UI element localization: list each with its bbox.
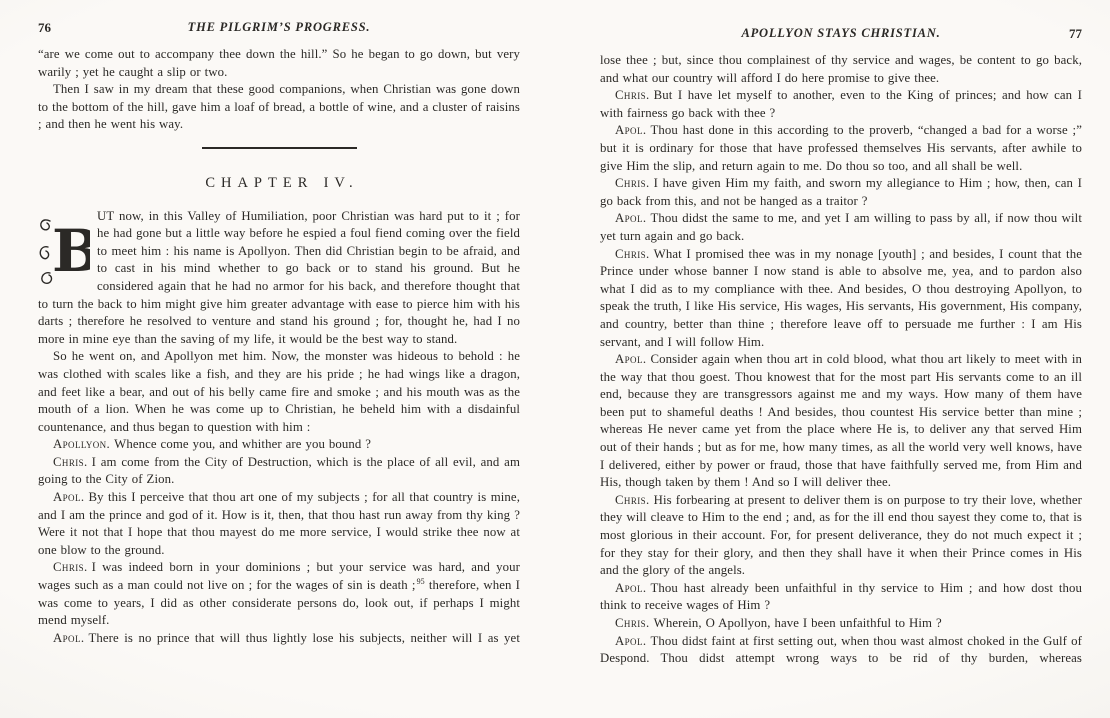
left-page-header: 76 THE PILGRIM’S PROGRESS. [38, 20, 520, 37]
dialog-paragraph: Apol.Thou didst faint at first setting o… [600, 633, 1082, 668]
speaker-label: Chris. [615, 616, 650, 630]
dialog-text: By this I perceive that thou art one of … [38, 490, 520, 557]
speaker-label: Apol. [615, 352, 646, 366]
dialog-paragraph: Chris.I have given Him my faith, and swo… [600, 175, 1082, 210]
speaker-label: Chris. [615, 247, 650, 261]
speaker-label: Chris. [615, 88, 650, 102]
dialog-paragraph: Apol.Thou didst the same to me, and yet … [600, 210, 1082, 245]
dialog-paragraph: Chris.Wherein, O Apollyon, have I been u… [600, 615, 1082, 633]
speaker-label: Chris. [53, 455, 88, 469]
speaker-label: Apol. [53, 490, 84, 504]
chapter-heading: CHAPTER IV. [38, 175, 520, 193]
opening-text: UT now, in this Valley of Humiliation, p… [38, 209, 520, 346]
dialog-text: Consider again when thou art in cold blo… [600, 352, 1082, 489]
running-head: THE PILGRIM’S PROGRESS. [38, 20, 520, 35]
dialog-paragraph: Chris.But I have let myself to another, … [600, 87, 1082, 122]
left-page: 76 THE PILGRIM’S PROGRESS. “are we come … [0, 0, 555, 718]
speaker-label: Apol. [615, 634, 646, 648]
speaker-label: Apol. [615, 581, 646, 595]
speaker-label: Apol. [615, 123, 646, 137]
speaker-label: Chris. [615, 176, 650, 190]
dialog-text: Whence come you, and whither are you bou… [114, 437, 371, 451]
dialog-paragraph: Chris.I am come from the City of Destruc… [38, 454, 520, 489]
page-number: 76 [38, 20, 51, 36]
dialog-text: His forbearing at present to deliver the… [600, 493, 1082, 577]
dialog-text: There is no prince that will thus lightl… [88, 631, 520, 645]
right-page: APOLLYON STAYS CHRISTIAN. 77 lose thee ;… [555, 0, 1110, 718]
dialog-text: What I promised thee was in my nonage [y… [600, 247, 1082, 349]
speaker-label: Chris. [615, 493, 650, 507]
left-page-body: “are we come out to accompany thee down … [38, 46, 520, 647]
dialog-text: I am come from the City of Destruction, … [38, 455, 520, 487]
drop-cap-letter: B [52, 217, 90, 285]
dialog-paragraph: Apol.By this I perceive that thou art on… [38, 489, 520, 559]
dialog-paragraph: Chris.His forbearing at present to deliv… [600, 492, 1082, 580]
drop-cap-initial: B [38, 211, 90, 287]
continuation-paragraph: “are we come out to accompany thee down … [38, 46, 520, 81]
speaker-label: Apol. [615, 211, 646, 225]
dialog-text: Thou hast done in this according to the … [600, 123, 1082, 172]
footnote-marker: 95 [417, 577, 425, 586]
book-spread: 76 THE PILGRIM’S PROGRESS. “are we come … [0, 0, 1110, 718]
speaker-label: Chris. [53, 560, 88, 574]
right-page-header: APOLLYON STAYS CHRISTIAN. 77 [600, 26, 1082, 43]
dialog-paragraph: Apol.Thou hast done in this according to… [600, 122, 1082, 175]
dialog-paragraph: Chris.I was indeed born in your dominion… [38, 559, 520, 629]
speaker-label: Apollyon. [53, 437, 110, 451]
speaker-label: Apol. [53, 631, 84, 645]
dialog-text: But I have let myself to another, even t… [600, 88, 1082, 120]
dialog-paragraph: Apol.Consider again when thou art in col… [600, 351, 1082, 492]
opening-paragraph: B UT now, in this Valley of Humiliation,… [38, 208, 520, 349]
dialog-text: Thou didst the same to me, and yet I am … [600, 211, 1082, 243]
running-head: APOLLYON STAYS CHRISTIAN. [600, 26, 1082, 41]
dialog-text: Thou didst faint at first setting out, w… [600, 634, 1082, 666]
page-number: 77 [1069, 26, 1082, 42]
dream-paragraph: Then I saw in my dream that these good c… [38, 81, 520, 134]
dialog-paragraph: Apollyon.Whence come you, and whither ar… [38, 436, 520, 454]
section-divider [202, 147, 357, 149]
dialog-text: I have given Him my faith, and sworn my … [600, 176, 1082, 208]
right-page-body: lose thee ; but, since thou complainest … [600, 52, 1082, 668]
monster-paragraph: So he went on, and Apollyon met him. Now… [38, 348, 520, 436]
dialog-paragraph: Apol.Thou hast already been unfaithful i… [600, 580, 1082, 615]
dialog-text: Wherein, O Apollyon, have I been unfaith… [654, 616, 942, 630]
dialog-paragraph: Apol.There is no prince that will thus l… [38, 630, 520, 648]
continuation-paragraph: lose thee ; but, since thou complainest … [600, 52, 1082, 87]
dialog-text: Thou hast already been unfaithful in thy… [600, 581, 1082, 613]
dialog-paragraph: Chris.What I promised thee was in my non… [600, 246, 1082, 352]
